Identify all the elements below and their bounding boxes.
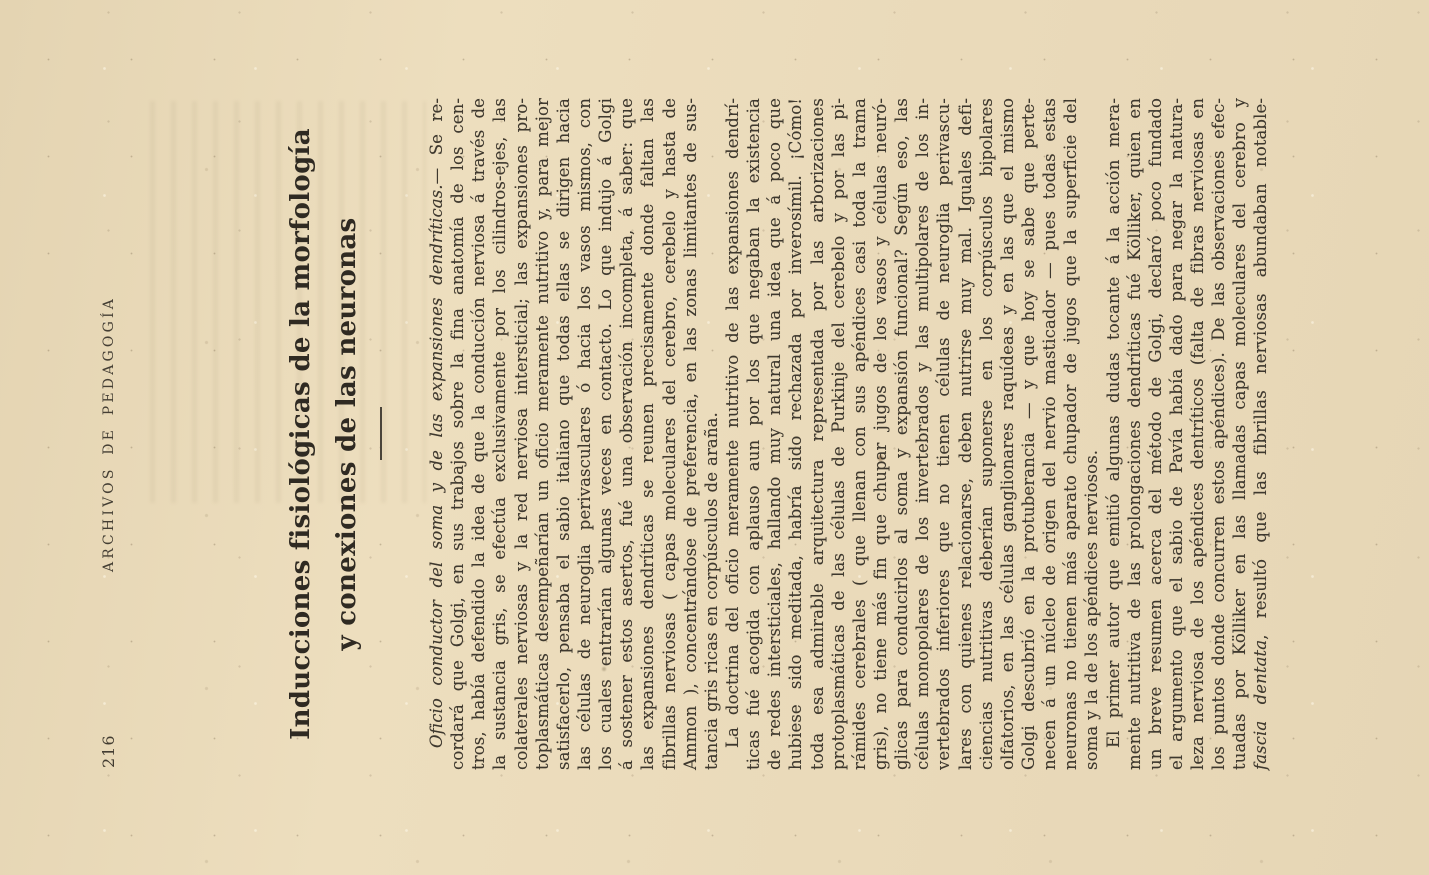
scanned-page: 216 ARCHIVOS DE PEDAGOGÍA Inducciones fi…	[0, 0, 1429, 875]
text-line: Oficio conductor del soma y de las expan…	[426, 98, 447, 770]
text-line: mente nutritiva de las prolongaciones de…	[1124, 98, 1145, 770]
text-line: Ammon ), concentrándose de preferencia, …	[680, 98, 701, 770]
text-line: á sostener estos asertos, fué una observ…	[616, 98, 637, 770]
text-line: gris), no tiene más fin que chupar jugos…	[870, 98, 891, 770]
text-line: leza nerviosa de los apéndices dentrític…	[1187, 98, 1208, 770]
body-text: vertebrados inferiores que no tienen cél…	[934, 98, 953, 770]
body-text: tuadas por Kölliker en las llamadas capa…	[1230, 98, 1249, 770]
title-divider	[380, 408, 382, 461]
book-page-sheet: 216 ARCHIVOS DE PEDAGOGÍA Inducciones fi…	[0, 0, 1429, 875]
body-text: olfatorios, en las células ganglionares …	[998, 98, 1017, 770]
article-title: Inducciones fisiológicas de la morfologí…	[278, 98, 382, 770]
body-text: mente nutritiva de las prolongaciones de…	[1125, 98, 1144, 770]
body-text: — Se re-	[427, 98, 446, 184]
body-text: toplasmáticas desempeñarían un oficio me…	[533, 98, 552, 770]
running-head-row: 216 ARCHIVOS DE PEDAGOGÍA	[99, 98, 121, 770]
body-text: protoplasmáticas de las células de Purki…	[829, 98, 848, 770]
text-line: tancia gris ricas en corpúsculos de arañ…	[701, 98, 722, 770]
article-title-line-1: Inducciones fisiológicas de la morfologí…	[278, 98, 324, 770]
body-text: rámides cerebrales ( que llenan con sus …	[850, 98, 869, 770]
text-line: tuadas por Kölliker en las llamadas capa…	[1229, 98, 1250, 770]
paragraph: La doctrina del oficio meramente nutriti…	[722, 98, 1103, 770]
body-text: ciencias nutritivas deberían suponerse e…	[977, 98, 996, 770]
body-text: lares con quienes relacionarse, deben nu…	[956, 98, 975, 770]
text-line: neuronas no tienen más aparato chupador …	[1060, 98, 1081, 770]
body-text: , resultó que las fibrillas nerviosas ab…	[1251, 98, 1270, 640]
body-text: El primer autor que emitió algunas dudas…	[1104, 98, 1123, 748]
text-line: las células de neuroglia perivasculares …	[574, 98, 595, 770]
paragraph: El primer autor que emitió algunas dudas…	[1103, 98, 1272, 770]
body-text: colaterales nerviosas y la red nerviosa …	[512, 98, 531, 770]
body-text: soma y la de los apéndices nerviosos.	[1082, 450, 1101, 770]
body-text: ticas fué acogida con aplauso aun por lo…	[744, 98, 763, 770]
body-text: Ammon ), concentrándose de preferencia, …	[681, 98, 700, 770]
body-text: de redes intersticiales, hallando muy na…	[765, 98, 784, 770]
body-text: las expansiones dendríticas se reunen pr…	[638, 98, 657, 770]
text-line: la sustancia gris, se efectúa exclusivam…	[489, 98, 510, 770]
italic-text: Oficio conductor del soma y de las expan…	[427, 184, 446, 748]
text-line: hubiese sido meditada, habría sido recha…	[785, 98, 806, 770]
body-text: satisfacerlo, pensaba el sabio italiano …	[554, 98, 573, 770]
text-line: el argumento que el sabio de Pavía había…	[1166, 98, 1187, 770]
body-text: tancia gris ricas en corpúsculos de arañ…	[702, 412, 721, 770]
text-line: de redes intersticiales, hallando muy na…	[764, 98, 785, 770]
article-body: Oficio conductor del soma y de las expan…	[426, 98, 1272, 770]
text-line: tros, había defendido la idea de que la …	[468, 98, 489, 770]
text-line: ciencias nutritivas deberían suponerse e…	[976, 98, 997, 770]
text-line: colaterales nerviosas y la red nerviosa …	[511, 98, 532, 770]
text-line: El primer autor que emitió algunas dudas…	[1103, 98, 1124, 770]
body-text: toda esa admirable arquitectura represen…	[808, 98, 827, 770]
body-text: leza nerviosa de los apéndices dentrític…	[1188, 98, 1207, 770]
body-text: necen á un núcleo de origen del nervio m…	[1040, 98, 1059, 770]
body-text: fibrillas nerviosas ( capas moleculares …	[660, 98, 679, 770]
body-text: los puntos donde concurren estos apéndic…	[1209, 98, 1228, 770]
body-text: La doctrina del oficio meramente nutriti…	[723, 98, 742, 748]
body-text: un breve resumen acerca del método de Go…	[1146, 98, 1165, 770]
page-number: 216	[99, 734, 118, 768]
body-text: los cuales entrarían algunas veces en co…	[596, 98, 615, 770]
paragraph: Oficio conductor del soma y de las expan…	[426, 98, 722, 770]
text-line: células monopolares de los invertebrados…	[912, 98, 933, 770]
text-line: soma y la de los apéndices nerviosos.	[1081, 98, 1102, 770]
body-text: hubiese sido meditada, habría sido recha…	[786, 98, 805, 770]
journal-running-head: ARCHIVOS DE PEDAGOGÍA	[99, 98, 117, 770]
text-line: toda esa admirable arquitectura represen…	[807, 98, 828, 770]
body-text: el argumento que el sabio de Pavía había…	[1167, 98, 1186, 770]
body-text: células monopolares de los invertebrados…	[913, 98, 932, 770]
text-line: ticas fué acogida con aplauso aun por lo…	[743, 98, 764, 770]
body-text: Golgi descubrió en la protuberancia — y …	[1019, 98, 1038, 770]
body-text: las células de neuroglia perivasculares …	[575, 98, 594, 770]
text-line: rámides cerebrales ( que llenan con sus …	[849, 98, 870, 770]
body-text: la sustancia gris, se efectúa exclusivam…	[490, 98, 509, 770]
body-text: á sostener estos asertos, fué una observ…	[617, 98, 636, 770]
text-line: Golgi descubrió en la protuberancia — y …	[1018, 98, 1039, 770]
text-line: necen á un núcleo de origen del nervio m…	[1039, 98, 1060, 770]
article-title-line-2: y conexiones de las neuronas	[324, 98, 370, 770]
text-line: satisfacerlo, pensaba el sabio italiano …	[553, 98, 574, 770]
text-line: cordará que Golgi, en sus trabajos sobre…	[447, 98, 468, 770]
text-line: glicas para conducirlos al soma y expans…	[891, 98, 912, 770]
text-line: vertebrados inferiores que no tienen cél…	[933, 98, 954, 770]
text-line: un breve resumen acerca del método de Go…	[1145, 98, 1166, 770]
text-line: olfatorios, en las células ganglionares …	[997, 98, 1018, 770]
text-line: fascia dentata, resultó que las fibrilla…	[1250, 98, 1271, 770]
body-text: gris), no tiene más fin que chupar jugos…	[871, 98, 890, 770]
italic-text: fascia dentata	[1251, 640, 1270, 770]
text-line: La doctrina del oficio meramente nutriti…	[722, 98, 743, 770]
text-line: fibrillas nerviosas ( capas moleculares …	[659, 98, 680, 770]
body-text: cordará que Golgi, en sus trabajos sobre…	[448, 98, 467, 770]
text-line: toplasmáticas desempeñarían un oficio me…	[532, 98, 553, 770]
body-text: glicas para conducirlos al soma y expans…	[892, 98, 911, 770]
text-line: lares con quienes relacionarse, deben nu…	[955, 98, 976, 770]
body-text: neuronas no tienen más aparato chupador …	[1061, 98, 1080, 770]
text-line: las expansiones dendríticas se reunen pr…	[637, 98, 658, 770]
text-line: los cuales entrarían algunas veces en co…	[595, 98, 616, 770]
body-text: tros, había defendido la idea de que la …	[469, 98, 488, 770]
text-line: protoplasmáticas de las células de Purki…	[828, 98, 849, 770]
text-line: los puntos donde concurren estos apéndic…	[1208, 98, 1229, 770]
